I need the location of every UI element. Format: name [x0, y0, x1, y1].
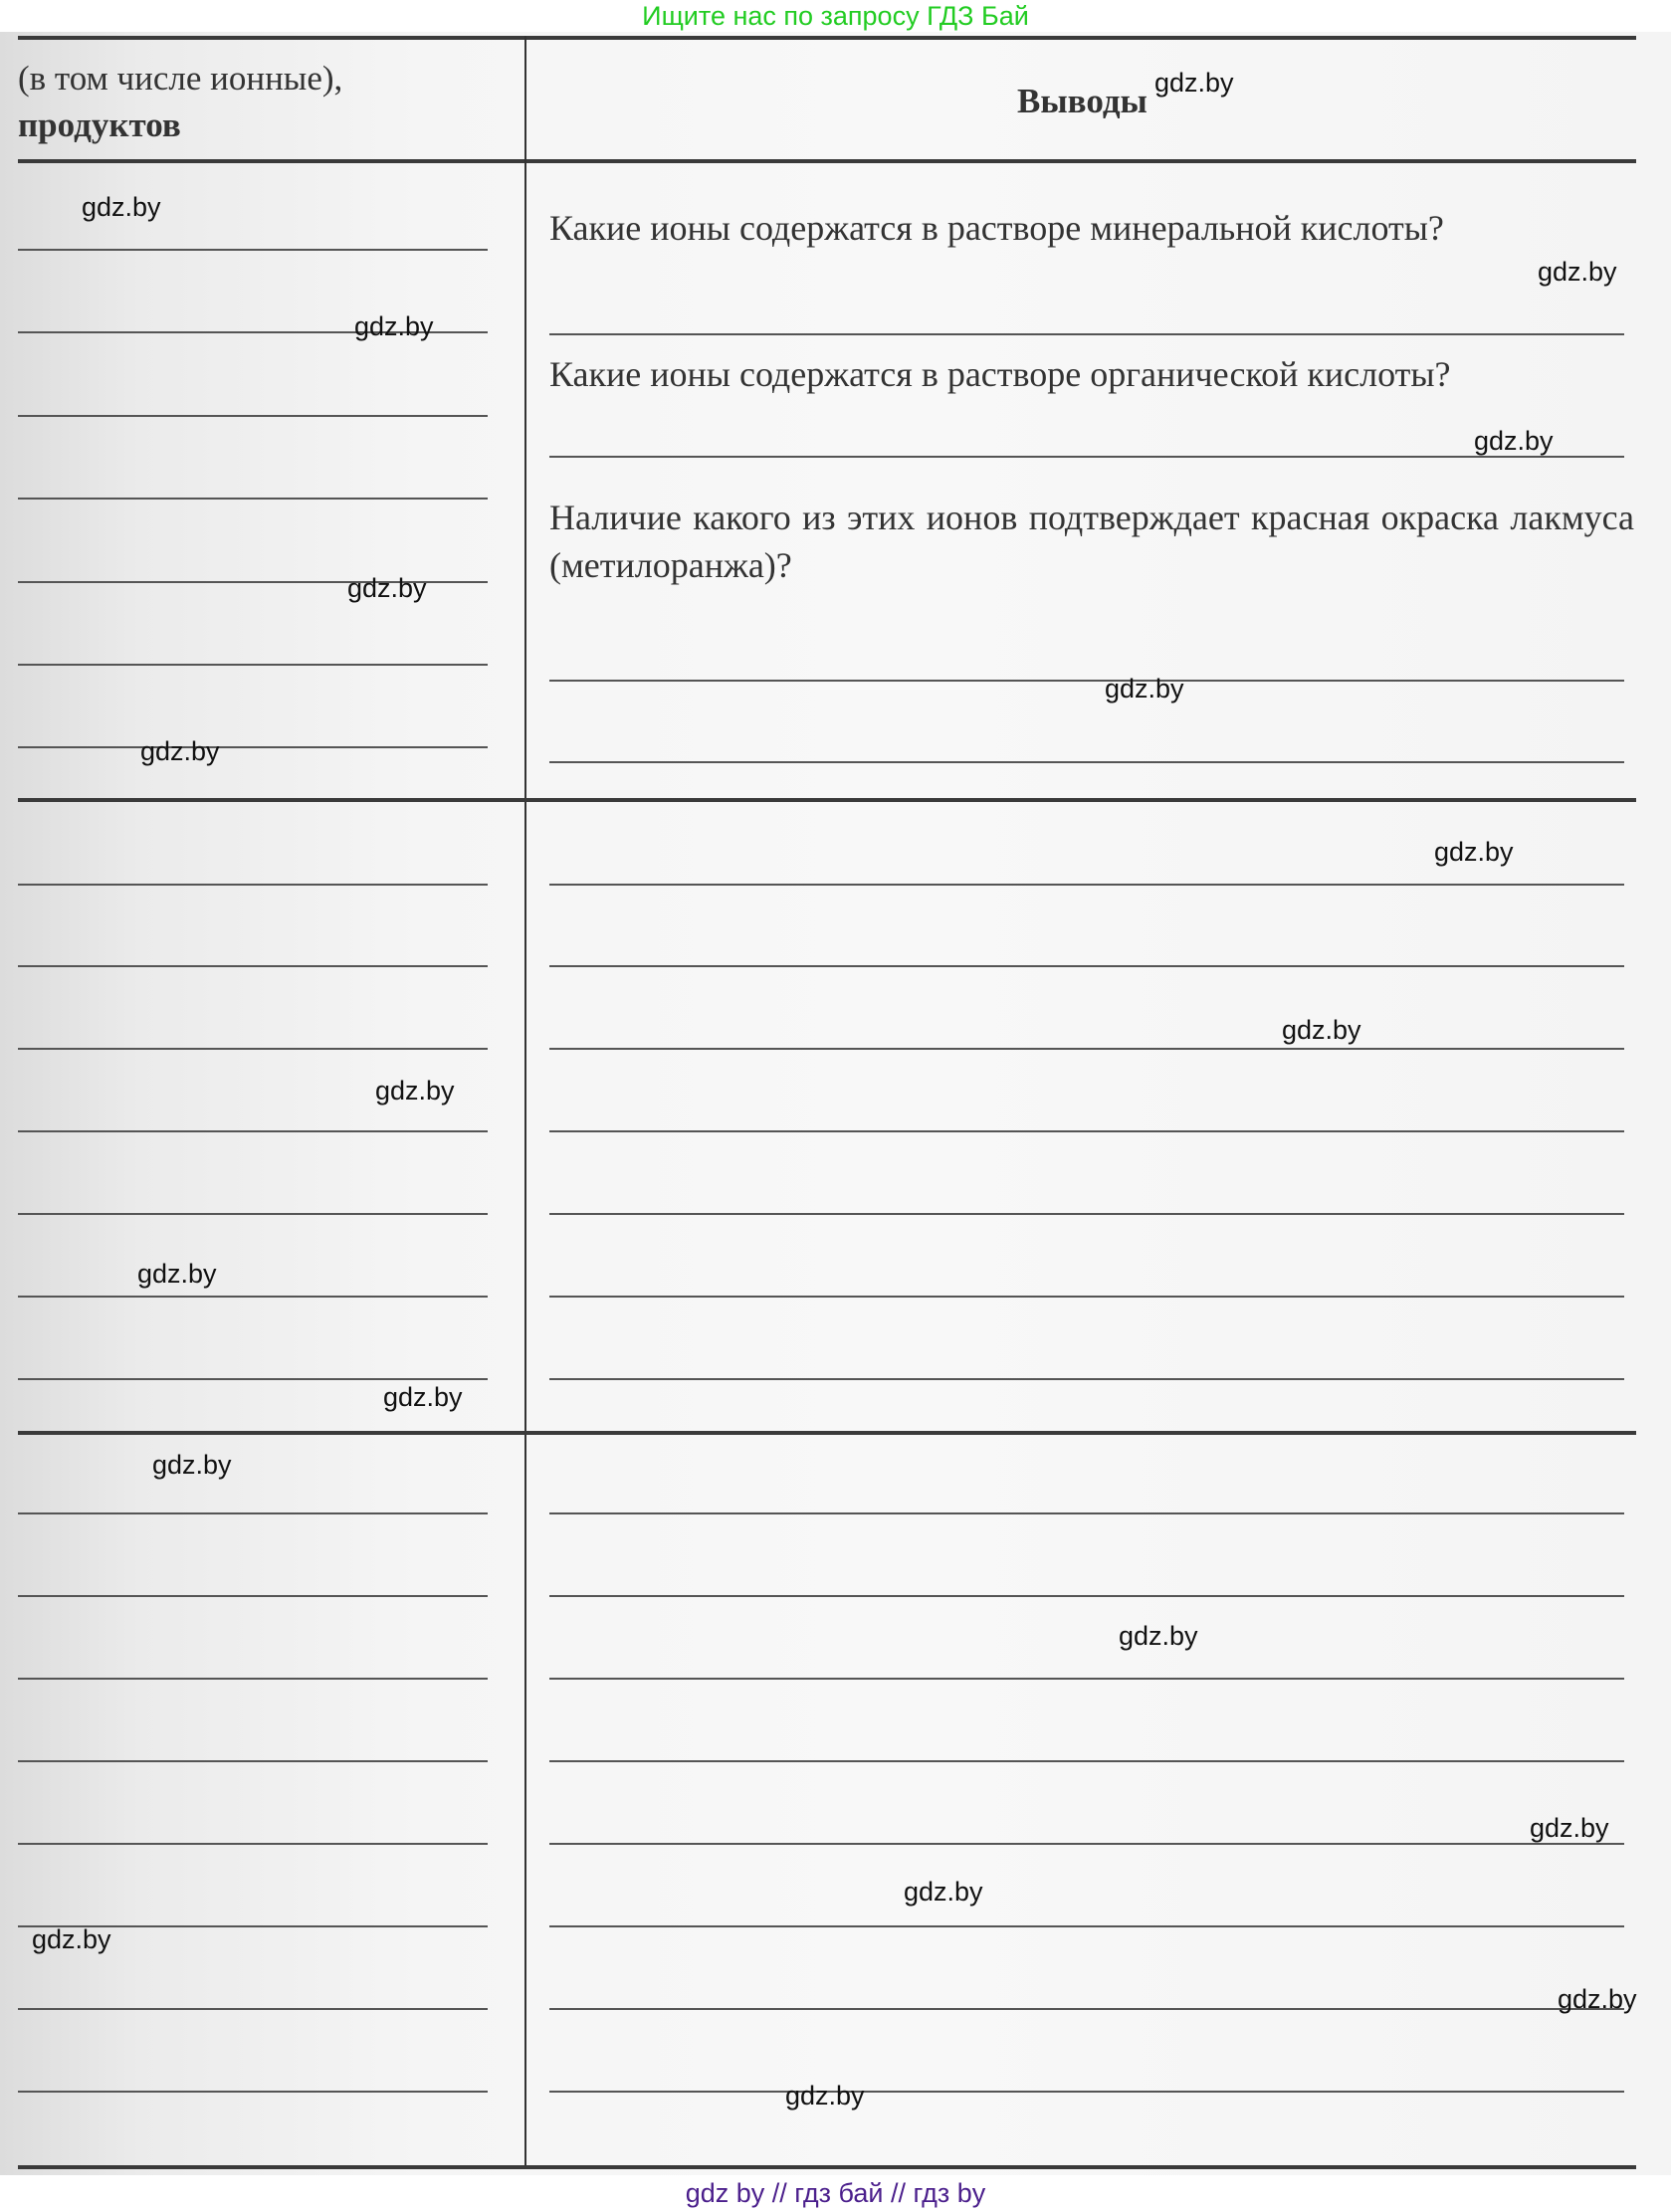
- question-3: Наличие какого из этих ионов подтверждае…: [549, 494, 1634, 589]
- table-top-border: [18, 36, 1636, 40]
- answer-line: [18, 1213, 488, 1215]
- column-divider: [524, 36, 526, 2167]
- answer-line: [549, 1048, 1624, 1050]
- question-2: Какие ионы содержатся в растворе органич…: [549, 350, 1451, 398]
- watermark: gdz.by: [1105, 674, 1184, 704]
- answer-line: [18, 2008, 488, 2010]
- watermark: gdz.by: [354, 311, 434, 342]
- watermark: gdz.by: [347, 573, 427, 604]
- answer-line: [18, 1512, 488, 1514]
- header-left-line1: (в том числе ионные),: [18, 55, 342, 101]
- answer-line: [549, 1843, 1624, 1845]
- answer-line: [18, 1048, 488, 1050]
- answer-line: [549, 680, 1624, 682]
- watermark: gdz.by: [1538, 257, 1617, 288]
- question-1: Какие ионы содержатся в растворе минерал…: [549, 204, 1444, 252]
- answer-line: [549, 884, 1624, 886]
- watermark: gdz.by: [140, 736, 220, 767]
- answer-line: [549, 333, 1624, 335]
- header-left-line2: продуктов: [18, 105, 181, 144]
- watermark: gdz.by: [1119, 1621, 1198, 1652]
- header-conclusions: Выводы: [1017, 82, 1148, 121]
- watermark: gdz.by: [375, 1076, 455, 1106]
- answer-line: [18, 1678, 488, 1680]
- answer-line: [18, 415, 488, 417]
- answer-line: [549, 1512, 1624, 1514]
- section-divider-1: [18, 798, 1636, 802]
- answer-line: [18, 1378, 488, 1380]
- header-bottom-border: [18, 159, 1636, 163]
- watermark: gdz.by: [383, 1382, 463, 1413]
- top-banner: Ищите нас по запросу ГДЗ Бай: [0, 0, 1671, 32]
- watermark: gdz.by: [1558, 1984, 1637, 2015]
- watermark: gdz.by: [152, 1450, 232, 1481]
- answer-line: [549, 456, 1624, 458]
- answer-line: [18, 965, 488, 967]
- watermark: gdz.by: [904, 1877, 983, 1908]
- answer-line: [549, 1760, 1624, 1762]
- watermark: gdz.by: [32, 1924, 111, 1955]
- answer-line: [18, 249, 488, 251]
- answer-line: [18, 2091, 488, 2093]
- table-bottom-border: [18, 2165, 1636, 2169]
- answer-line: [18, 1843, 488, 1845]
- answer-line: [549, 1678, 1624, 1680]
- watermark: gdz.by: [1154, 68, 1234, 99]
- bottom-banner: gdz by // гдз бай // гдз by: [0, 2175, 1671, 2212]
- answer-line: [18, 884, 488, 886]
- watermark: gdz.by: [1282, 1015, 1361, 1046]
- answer-line: [549, 2091, 1624, 2093]
- answer-line: [18, 1296, 488, 1298]
- answer-line: [549, 1595, 1624, 1597]
- watermark: gdz.by: [1434, 837, 1514, 868]
- answer-line: [18, 746, 488, 748]
- watermark: gdz.by: [137, 1259, 217, 1290]
- answer-line: [18, 1130, 488, 1132]
- answer-line: [549, 1296, 1624, 1298]
- watermark: gdz.by: [785, 2081, 865, 2111]
- answer-line: [18, 498, 488, 500]
- answer-line: [549, 761, 1624, 763]
- answer-line: [18, 1595, 488, 1597]
- section-divider-2: [18, 1431, 1636, 1435]
- watermark: gdz.by: [1474, 426, 1554, 457]
- answer-line: [18, 1760, 488, 1762]
- answer-line: [549, 2008, 1624, 2010]
- answer-line: [549, 1378, 1624, 1380]
- answer-line: [18, 664, 488, 666]
- watermark: gdz.by: [1530, 1813, 1609, 1844]
- answer-line: [549, 1213, 1624, 1215]
- answer-line: [549, 1130, 1624, 1132]
- watermark: gdz.by: [82, 192, 161, 223]
- answer-line: [549, 1925, 1624, 1927]
- answer-line: [549, 965, 1624, 967]
- header-left: (в том числе ионные), продуктов: [18, 55, 342, 148]
